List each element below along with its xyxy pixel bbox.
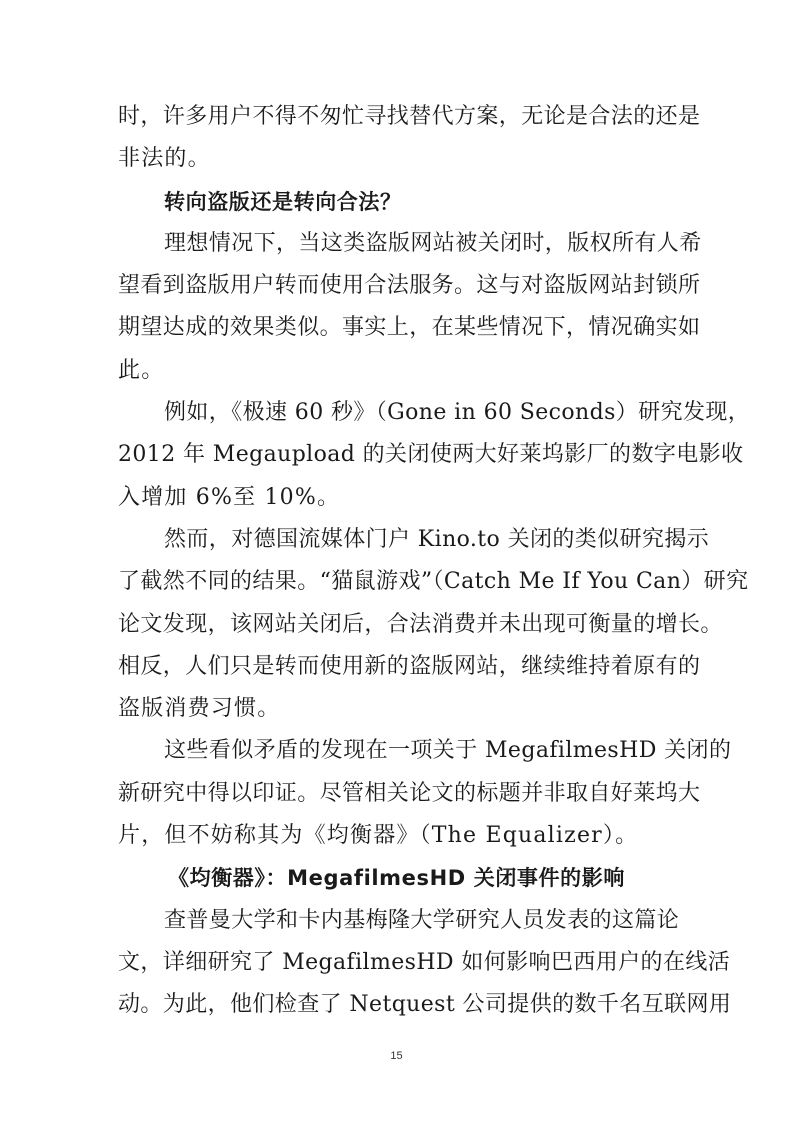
paragraph-line: 例如，《极速 60 秒》（Gone in 60 Seconds）研究发现， <box>118 392 674 434</box>
paragraph-line: 片，但不妨称其为《均衡器》（The Equalizer）。 <box>118 815 674 857</box>
paragraph-line: 时，许多用户不得不匆忙寻找替代方案，无论是合法的还是 <box>118 96 674 138</box>
page-number: 15 <box>0 1050 793 1062</box>
paragraph-line: 期望达成的效果类似。事实上，在某些情况下，情况确实如 <box>118 307 674 349</box>
paragraph-line: 望看到盗版用户转而使用合法服务。这与对盗版网站封锁所 <box>118 265 674 307</box>
document-page: 时，许多用户不得不匆忙寻找替代方案，无论是合法的还是 非法的。 转向盗版还是转向… <box>0 0 793 1122</box>
paragraph-line: 此。 <box>118 350 674 392</box>
paragraph-line: 论文发现，该网站关闭后，合法消费并未出现可衡量的增长。 <box>118 604 674 646</box>
paragraph-line: 查普曼大学和卡内基梅隆大学研究人员发表的这篇论 <box>118 900 674 942</box>
body-text: 时，许多用户不得不匆忙寻找替代方案，无论是合法的还是 非法的。 转向盗版还是转向… <box>118 96 674 1027</box>
paragraph-line: 这些看似矛盾的发现在一项关于 MegafilmesHD 关闭的 <box>118 730 674 772</box>
paragraph-line: 了截然不同的结果。“猫鼠游戏”（Catch Me If You Can）研究 <box>118 561 674 603</box>
paragraph-line: 相反，人们只是转而使用新的盗版网站，继续维持着原有的 <box>118 646 674 688</box>
section-heading: 转向盗版还是转向合法？ <box>118 181 674 223</box>
section-heading: 《均衡器》：MegafilmesHD 关闭事件的影响 <box>118 857 674 899</box>
paragraph-line: 入增加 6%至 10%。 <box>118 477 674 519</box>
paragraph-line: 非法的。 <box>118 138 674 180</box>
paragraph-line: 新研究中得以印证。尽管相关论文的标题并非取自好莱坞大 <box>118 773 674 815</box>
paragraph-line: 2012 年 Megaupload 的关闭使两大好莱坞影厂的数字电影收 <box>118 434 674 476</box>
paragraph-line: 文，详细研究了 MegafilmesHD 如何影响巴西用户的在线活 <box>118 942 674 984</box>
paragraph-line: 动。为此，他们检查了 Netquest 公司提供的数千名互联网用 <box>118 984 674 1026</box>
paragraph-line: 盗版消费习惯。 <box>118 688 674 730</box>
paragraph-line: 然而，对德国流媒体门户 Kino.to 关闭的类似研究揭示 <box>118 519 674 561</box>
paragraph-line: 理想情况下，当这类盗版网站被关闭时，版权所有人希 <box>118 223 674 265</box>
